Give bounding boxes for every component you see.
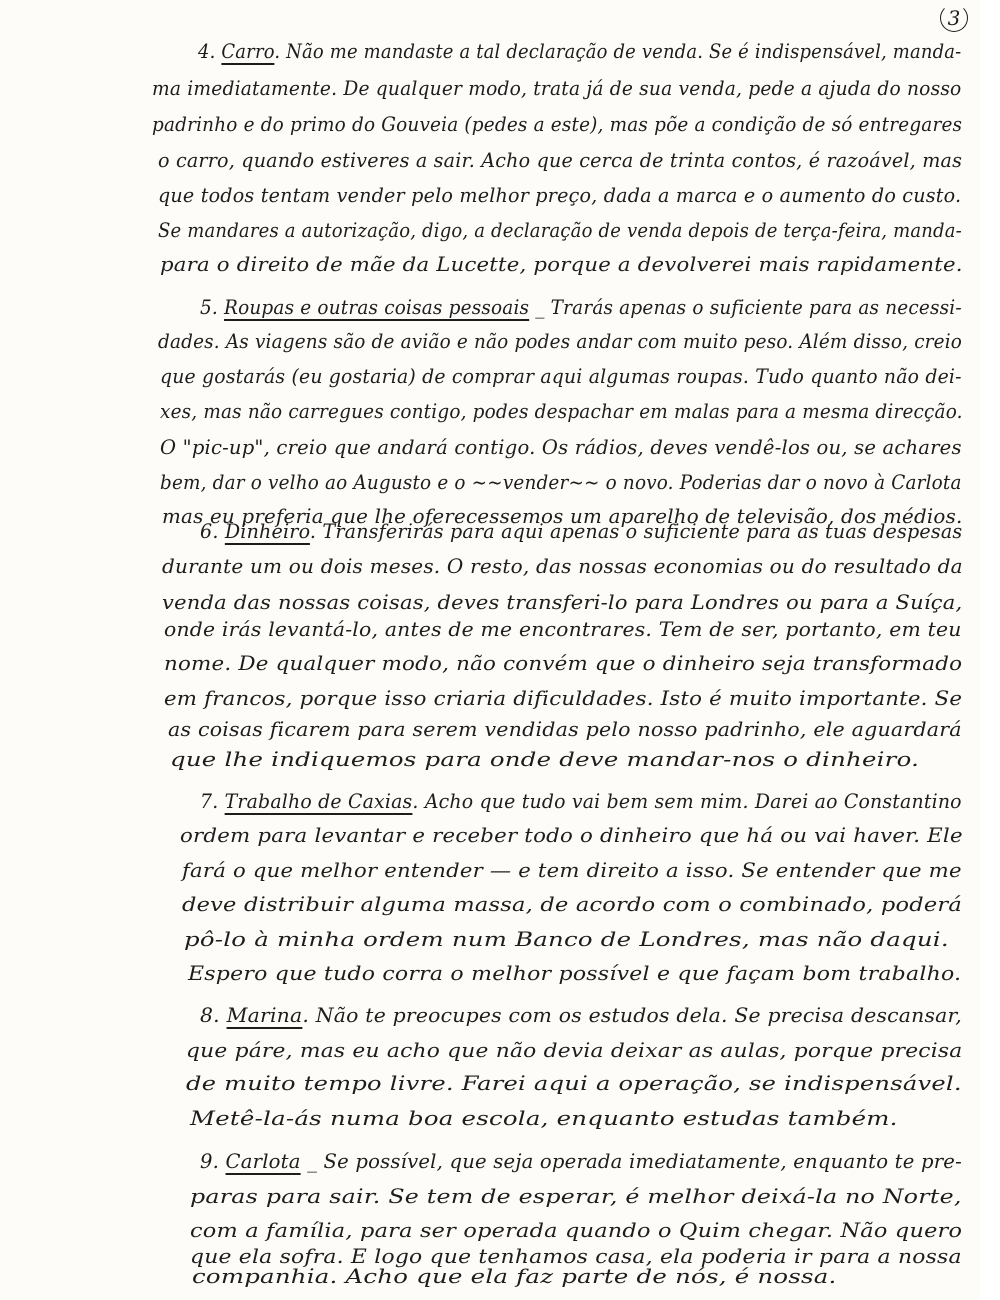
section-7-line-2: ordem para levantar e receber todo o din… [180, 824, 963, 847]
section-5-line-6: bem, dar o velho ao Augusto e o ~~vender… [160, 471, 962, 494]
section-8-line-4: Metê-la-ás numa boa escola, enquanto est… [190, 1107, 898, 1130]
section-6-line-3: venda das nossas coisas, deves transferi… [162, 591, 962, 614]
section-5-line-5: O "pic-up", creio que andará contigo. Os… [160, 436, 962, 459]
section-8-line-1: 8. Marina. Não te preocupes com os estud… [200, 1004, 962, 1027]
section-6-line-2: durante um ou dois meses. O resto, das n… [162, 555, 963, 578]
section-number: 5. [200, 296, 218, 319]
section-heading: Carro [221, 40, 274, 63]
section-5-line-3: que gostarás (eu gostaria) de comprar aq… [160, 365, 962, 388]
section-6-line-1: 6. Dinheiro. Transferirás para aqui apen… [200, 520, 962, 543]
section-5-line-4: xes, mas não carregues contigo, podes de… [160, 400, 963, 423]
section-4-line-4: o carro, quando estiveres a sair. Acho q… [158, 149, 962, 172]
section-8-line-2: que páre, mas eu acho que não devia deix… [186, 1039, 962, 1062]
section-4-line-3: padrinho e do primo do Gouveia (pedes a … [152, 113, 962, 136]
section-4-line-7: para o direito de mãe da Lucette, porque… [160, 253, 963, 276]
section-9-line-3: com a família, para ser operada quando o… [190, 1219, 962, 1242]
scan-margin [980, 0, 1000, 1300]
section-6-line-6: em francos, porque isso criaria dificuld… [164, 687, 962, 710]
section-4-line-5: que todos tentam vender pelo melhor preç… [158, 184, 961, 207]
section-number: 4. [198, 40, 215, 63]
section-4-line-6: Se mandares a autorização, digo, a decla… [158, 219, 962, 242]
section-7-line-1: 7. Trabalho de Caxias. Acho que tudo vai… [200, 790, 962, 813]
section-6-line-8: que lhe indiquemos para onde deve mandar… [170, 748, 919, 771]
section-9-line-1: 9. Carlota _ Se possível, que seja opera… [200, 1150, 962, 1173]
section-number: 6. [200, 520, 219, 543]
section-7-line-4: deve distribuir alguma massa, de acordo … [182, 893, 962, 916]
section-8-line-3: de muito tempo livre. Farei aqui a opera… [186, 1072, 962, 1095]
section-number: 8. [200, 1004, 220, 1027]
section-9-line-5: companhia. Acho que ela faz parte de nós… [192, 1265, 837, 1288]
section-heading: Roupas e outras coisas pessoais [224, 296, 529, 319]
section-heading: Dinheiro [225, 520, 310, 543]
section-heading: Carlota [226, 1150, 301, 1173]
section-number: 7. [200, 790, 218, 813]
section-heading: Marina [227, 1004, 303, 1027]
section-6-line-7: as coisas ficarem para serem vendidas pe… [168, 718, 962, 741]
section-5-line-2: dades. As viagens são de avião e não pod… [158, 330, 962, 353]
section-heading: Trabalho de Caxias [225, 790, 413, 813]
letter-page: 3 4. Carro. Não me mandaste a tal declar… [0, 0, 980, 1300]
section-9-line-2: paras para sair. Se tem de esperar, é me… [190, 1185, 962, 1208]
section-7-line-6: Espero que tudo corra o melhor possível … [188, 962, 961, 985]
page-number: 3 [940, 4, 968, 32]
section-6-line-5: nome. De qualquer modo, não convém que o… [164, 652, 962, 675]
section-4-line-2: ma imediatamente. De qualquer modo, trat… [152, 77, 961, 100]
section-5-line-1: 5. Roupas e outras coisas pessoais _ Tra… [200, 296, 962, 319]
section-7-line-5: pô-lo à minha ordem num Banco de Londres… [184, 928, 949, 951]
section-number: 9. [200, 1150, 219, 1173]
section-7-line-3: fará o que melhor entender — e tem direi… [182, 859, 962, 882]
section-4-line-1: 4. Carro. Não me mandaste a tal declaraç… [198, 40, 961, 63]
section-6-line-4: onde irás levantá-lo, antes de me encont… [164, 618, 962, 641]
